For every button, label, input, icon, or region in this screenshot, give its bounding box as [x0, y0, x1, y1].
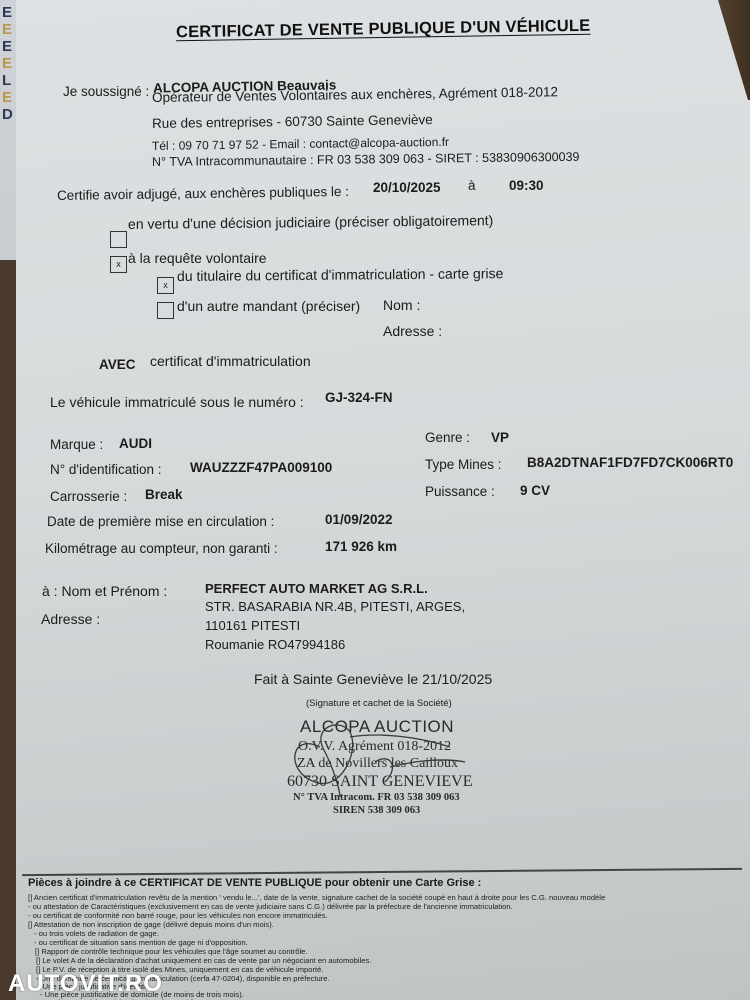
- signature-note: (Signature et cachet de la Société): [306, 698, 452, 709]
- pieces-line: [] Ancien certificat d'immatriculation r…: [28, 893, 605, 902]
- marque-label: Marque :: [50, 437, 103, 452]
- auction-time: 09:30: [509, 178, 544, 193]
- checkbox-decision-judiciaire[interactable]: [110, 231, 127, 248]
- checkbox-titulaire[interactable]: x: [157, 277, 174, 294]
- avec-label: AVEC: [99, 357, 136, 372]
- carrosserie-label: Carrosserie :: [50, 489, 127, 504]
- puissance-value: 9 CV: [520, 483, 550, 498]
- autovit-watermark: AUTOVIT.RO: [8, 970, 163, 998]
- handwritten-signature: [280, 712, 480, 802]
- mileage-value: 171 926 km: [325, 539, 397, 554]
- option-titulaire-label: du titulaire du certificat d'immatricula…: [177, 265, 503, 284]
- type-mines-value: B8A2DTNAF1FD7FD7CK006RT0: [527, 455, 733, 470]
- pieces-line: [] Attestation de non inscription de gag…: [28, 920, 274, 929]
- background-print: E E E E L E D: [2, 4, 16, 123]
- fait-a-line: Fait à Sainte Geneviève le 21/10/2025: [254, 671, 492, 687]
- vin-value: WAUZZZF47PA009100: [190, 460, 332, 475]
- option-autre-mandant-label: d'un autre mandant (préciser): [177, 298, 360, 314]
- genre-label: Genre :: [425, 430, 470, 445]
- checkbox-autre-mandant[interactable]: [157, 302, 174, 319]
- checkbox-requete-volontaire[interactable]: x: [110, 256, 127, 273]
- pieces-line: - ou certificat de conformité non barré …: [28, 911, 328, 920]
- puissance-label: Puissance :: [425, 484, 495, 499]
- first-registration-value: 01/09/2022: [325, 512, 393, 527]
- mandant-adresse-label: Adresse :: [383, 323, 442, 339]
- buyer-name-label: à : Nom et Prénom :: [42, 583, 167, 599]
- mileage-label: Kilométrage au compteur, non garanti :: [45, 541, 278, 556]
- pieces-heading: Pièces à joindre à ce CERTIFICAT DE VENT…: [28, 877, 481, 889]
- stamp-siren: SIREN 538 309 063: [333, 805, 420, 816]
- background-letter: E: [2, 89, 16, 106]
- vin-label: N° d'identification :: [50, 462, 162, 477]
- background-letter: E: [2, 4, 16, 21]
- paper-corner-shadow: [710, 0, 750, 100]
- pieces-line: - ou trois volets de radiation de gage.: [34, 929, 159, 938]
- marque-value: AUDI: [119, 436, 152, 451]
- first-registration-label: Date de première mise en circulation :: [47, 514, 274, 529]
- mandant-nom-label: Nom :: [383, 297, 420, 313]
- issuer-label: Je soussigné :: [63, 84, 149, 99]
- option-requete-volontaire-label: à la requête volontaire: [128, 250, 267, 266]
- buyer-address-line2: 110161 PITESTI: [205, 618, 300, 633]
- avec-text: certificat d'immatriculation: [150, 353, 311, 369]
- buyer-address-line1: STR. BASARABIA NR.4B, PITESTI, ARGES,: [205, 599, 465, 614]
- buyer-address-label: Adresse :: [41, 611, 100, 627]
- auction-date-a: à: [468, 178, 476, 193]
- background-letter: E: [2, 55, 16, 72]
- type-mines-label: Type Mines :: [425, 457, 502, 472]
- pieces-line: - ou certificat de situation sans mentio…: [34, 938, 248, 947]
- background-letter: L: [2, 72, 16, 89]
- genre-value: VP: [491, 430, 509, 445]
- buyer-address-line3: Roumanie RO47994186: [205, 637, 345, 652]
- background-letter: E: [2, 38, 16, 55]
- background-letter: D: [2, 106, 16, 123]
- pieces-line: [] Rapport de contrôle technique pour le…: [35, 947, 307, 956]
- buyer-name: PERFECT AUTO MARKET AG S.R.L.: [205, 581, 428, 596]
- registration-number: GJ-324-FN: [325, 390, 393, 405]
- auction-date: 20/10/2025: [373, 180, 441, 195]
- pieces-line: - ou attestation de Caractéristiques (ex…: [28, 902, 513, 911]
- registration-label: Le véhicule immatriculé sous le numéro :: [50, 394, 304, 410]
- pieces-line: [] Le volet A de la déclaration d'achat …: [36, 956, 371, 965]
- background-letter: E: [2, 21, 16, 38]
- carrosserie-value: Break: [145, 487, 183, 502]
